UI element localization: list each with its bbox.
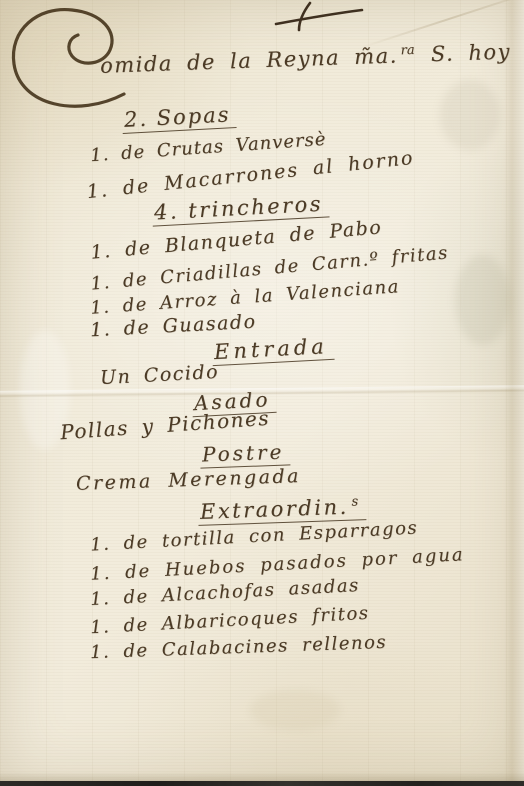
menu-item: 1. de Calabacines rellenos [90,632,388,663]
menu-title-superscript: ra [400,43,414,58]
menu-title: omida de la Reyna m̃a.ra S. hoy 5. [100,38,524,78]
section-heading-postre: Postre [200,439,291,468]
menu-item: Un Cocido [100,361,220,389]
heading-text: Extraordin. [200,495,349,524]
manuscript-page: omida de la Reyna m̃a.ra S. hoy 5. 2. So… [0,0,524,786]
ink-bleedthrough [455,255,510,345]
section-heading-entrada: Entrada [211,334,334,366]
bottom-edge-shadow [0,772,524,781]
heading-superscript: s [351,494,358,509]
paper-stain [250,690,340,730]
section-heading-sopas: 2. Sopas [121,102,237,134]
paper-right-edge [504,0,524,786]
menu-title-prefix: omida de la Reyna m̃a. [100,43,398,77]
section-heading-trincheros: 4. trincheros [151,191,329,226]
scan-edge-strip [0,781,524,786]
menu-item: Crema Merengada [76,465,302,495]
ink-bleedthrough [440,80,500,150]
cross-mark [268,0,368,34]
menu-item: Pollas y Pichones [59,406,270,445]
